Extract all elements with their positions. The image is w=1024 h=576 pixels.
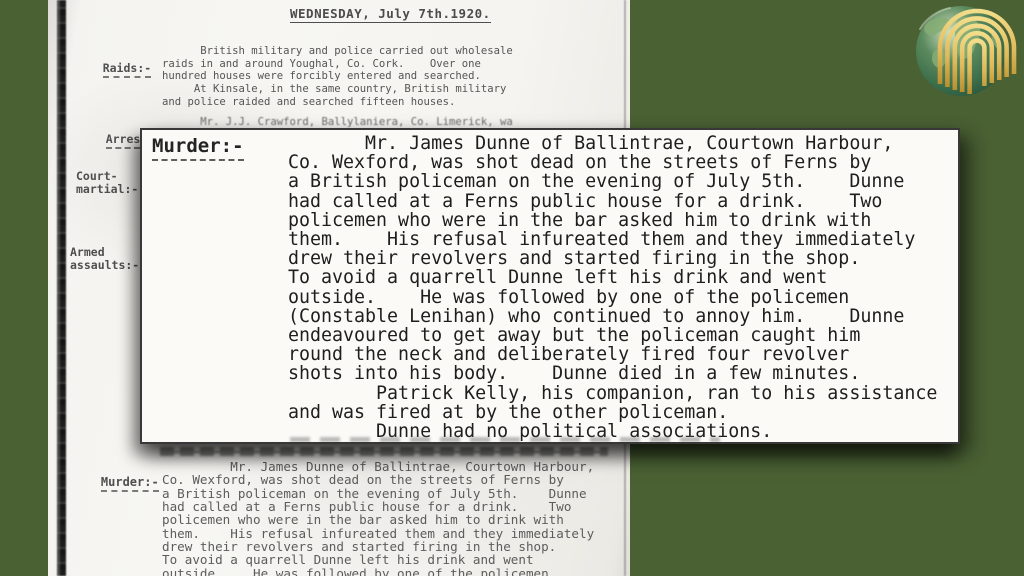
globe-arch-logo [906,2,1018,100]
murder-paragraph: Mr. James Dunne of Ballintrae, Courtown … [162,460,594,576]
magnified-margin-label-murder: Murder:- [152,135,244,161]
magnified-struck-line-sliver [290,437,720,442]
magnified-murder-text: Mr. James Dunne of Ballintrae, Courtown … [288,134,937,441]
screenshot-root: { "page": { "background_color": "#4a6134… [0,0,1024,576]
date-heading: WEDNESDAY, July 7th.1920. [290,6,491,23]
margin-label-murder: Murder:- [72,461,159,503]
magnifier-callout[interactable]: Murder:- Mr. James Dunne of Ballintrae, … [140,128,960,444]
struck-through-illegible-line [160,447,608,456]
margin-label-courtmartial: Court- martial:- [76,170,138,195]
margin-label-armed-assaults: Armed assaults:- [70,246,139,271]
margin-label-raids: Raids:- [75,47,151,89]
raids-paragraph: British military and police carried out … [162,45,513,109]
arrests-partial-line: Mr. J.J. Crawford, Ballylaniera, Co. Lim… [162,116,513,128]
page-binding-edge [57,0,66,576]
